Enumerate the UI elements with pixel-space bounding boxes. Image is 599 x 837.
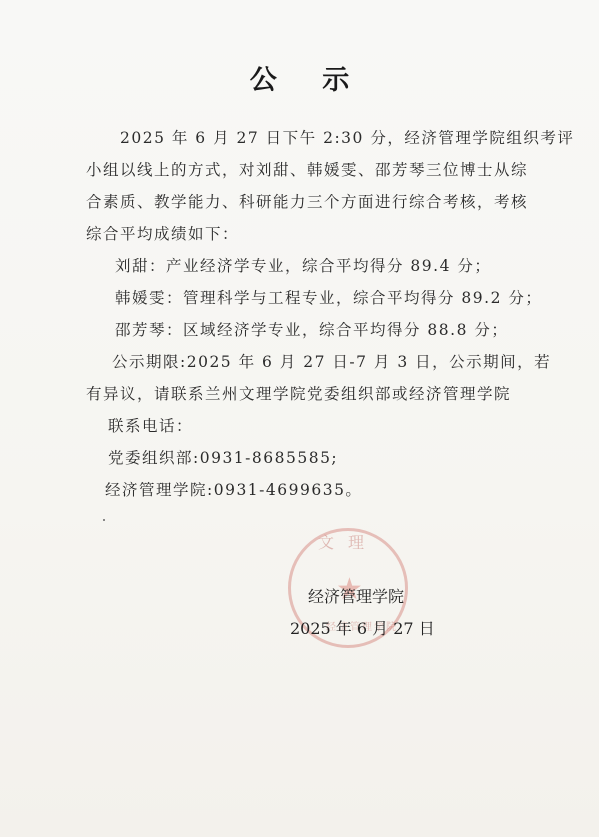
contact-line-2: 经济管理学院:0931-4699635。 <box>105 478 362 500</box>
intro-line-2: 小组以线上的方式，对刘甜、韩媛雯、邵芳琴三位博士从综 <box>86 158 528 180</box>
signature-org: 经济管理学院 <box>308 584 404 607</box>
contact-line-1: 党委组织部:0931-8685585; <box>108 446 338 468</box>
signature-date: 2025 年 6 月 27 日 <box>290 616 435 639</box>
document-page: 公 示 2025 年 6 月 27 日下午 2:30 分，经济管理学院组织考评 … <box>0 0 599 837</box>
period-line-2: 有异议，请联系兰州文理学院党委组织部或经济管理学院 <box>86 382 511 404</box>
ink-dot <box>103 519 105 521</box>
contact-label: 联系电话： <box>108 414 193 436</box>
page-title: 公 示 <box>0 58 599 97</box>
intro-line-4: 综合平均成绩如下： <box>86 222 239 244</box>
period-line-1: 公示期限:2025 年 6 月 27 日-7 月 3 日，公示期间，若 <box>112 350 551 372</box>
intro-line-1: 2025 年 6 月 27 日下午 2:30 分，经济管理学院组织考评 <box>120 126 574 148</box>
seal-top-text: 文理 <box>318 530 378 553</box>
candidate-line-3: 邵芳琴：区域经济学专业，综合平均得分 88.8 分； <box>115 318 508 340</box>
candidate-line-1: 刘甜：产业经济学专业，综合平均得分 89.4 分； <box>115 254 491 276</box>
candidate-line-2: 韩媛雯：管理科学与工程专业，综合平均得分 89.2 分； <box>115 286 542 308</box>
intro-line-3: 合素质、教学能力、科研能力三个方面进行综合考核，考核 <box>86 190 528 212</box>
